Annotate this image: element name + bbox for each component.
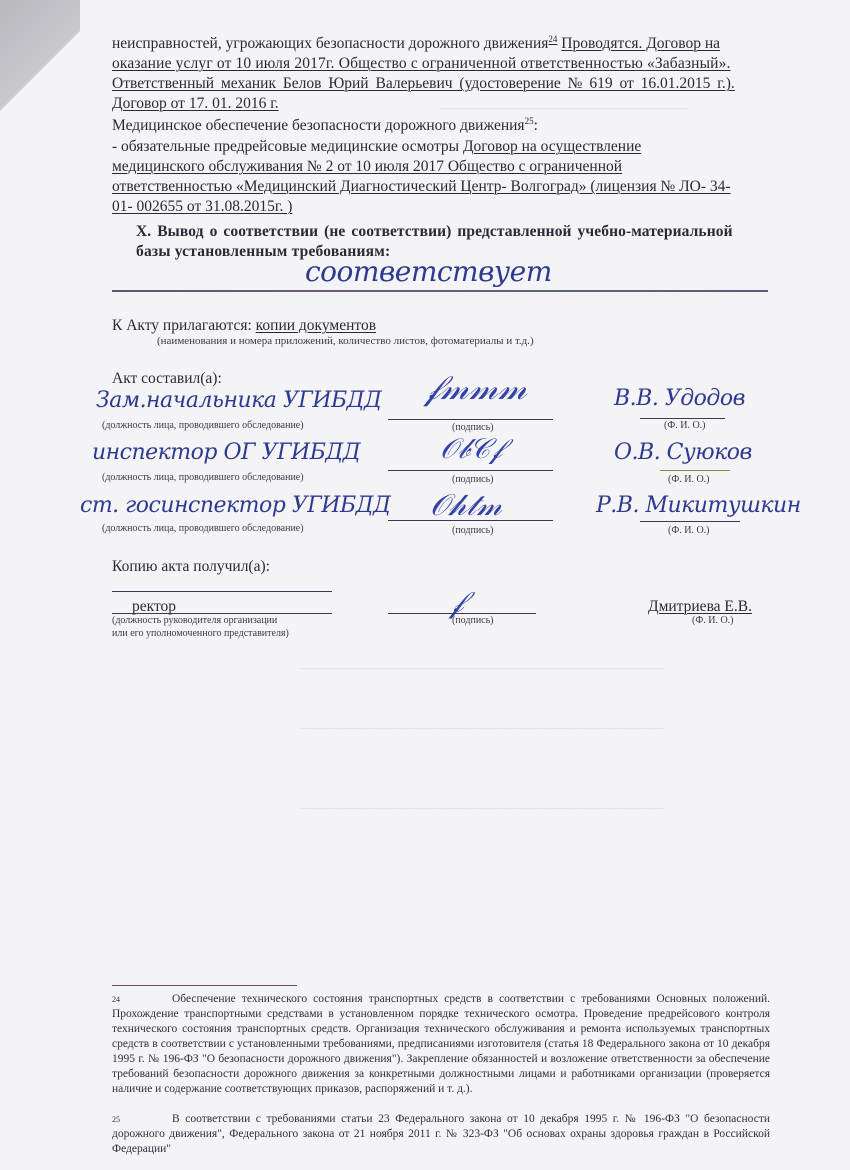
compiler-3-signature: 𝒪𝒽𝓉𝓂 [430, 488, 502, 523]
footnote-25-number: 25 [112, 1115, 120, 1124]
attachments-caption: (наименования и номера приложений, колич… [157, 335, 534, 347]
compiler-2-name: О.В. Суюков [614, 440, 752, 465]
compiler-1-name-caption: (Ф. И. О.) [664, 420, 706, 431]
attachments-line: К Акту прилагаются: копии документов [112, 316, 376, 336]
intro-text: неисправностей, угрожающих безопасности … [112, 35, 548, 52]
medical-item-underlined-1: Договор на осуществление [463, 138, 641, 155]
medical-item-underlined-2: медицинского обслуживания № 2 от 10 июля… [112, 157, 622, 177]
medical-item-underlined-3: ответственностью «Медицинский Диагностич… [112, 177, 731, 197]
copy-received-position-caption-2: или его уполномоченного представителя) [112, 628, 289, 639]
bleed-through-text: ———————————————————————————— [300, 800, 664, 816]
copy-received-position: ректор [132, 597, 176, 617]
footnote-24-number: 24 [112, 995, 120, 1004]
medical-item-underlined-4: 01- 002655 от 31.08.2015г. ) [112, 197, 292, 217]
intro-underlined-2: оказание услуг от 10 июля 2017г. Обществ… [112, 54, 774, 74]
footnote-ref-25: 25 [525, 116, 534, 126]
footnote-24: 24Обеспечение технического состояния тра… [112, 992, 770, 1097]
compiler-2-signature-line [388, 470, 553, 471]
compiler-3-name: Р.В. Микитушкин [596, 493, 801, 518]
handwritten-conclusion: соответствует [305, 255, 552, 288]
compiler-1-position: Зам.начальника УГИБДД [96, 388, 381, 413]
copy-received-signature-caption: (подпись) [452, 615, 494, 626]
compiler-1-name: В.В. Удодов [614, 386, 745, 411]
bleed-through-text: ———————————————————————————— [300, 720, 664, 736]
compiler-2-signature: 𝒪𝒷𝒞𝒻 [440, 432, 503, 466]
compiler-2-name-caption: (Ф. И. О.) [668, 474, 710, 485]
compiler-2-position-caption: (должность лица, проводившего обследован… [102, 472, 304, 483]
compiler-2-name-line [660, 470, 730, 471]
compiler-3-signature-line [388, 520, 553, 521]
compiler-3-signature-caption: (подпись) [452, 525, 494, 536]
intro-underlined-4: Договор от 17. 01. 2016 г. [112, 94, 279, 114]
intro-paragraph: неисправностей, угрожающих безопасности … [112, 34, 772, 54]
copy-received-position-caption-1: (должность руководителя организации [112, 615, 277, 626]
compiler-3-position: ст. госинспектор УГИБДД [80, 493, 390, 518]
medical-title: Медицинское обеспечение безопасности дор… [112, 116, 538, 136]
compiler-3-name-caption: (Ф. И. О.) [668, 525, 710, 536]
compiler-1-position-caption: (должность лица, проводившего обследован… [102, 420, 304, 431]
compiled-by-label: Акт составил(а): [112, 369, 222, 389]
footnote-25-text: В соответствии с требованиями статьи 23 … [112, 1113, 770, 1155]
medical-title-suffix: : [534, 117, 538, 134]
footnote-separator [112, 985, 297, 986]
intro-underlined-3: Ответственный механик Белов Юрий Валерье… [112, 74, 774, 94]
compiler-2-position: инспектор ОГ УГИБДД [92, 440, 360, 465]
footnote-24-text: Обеспечение технического состояния транс… [112, 993, 770, 1095]
copy-received-name-caption: (Ф. И. О.) [692, 615, 734, 626]
compiler-2-signature-caption: (подпись) [452, 474, 494, 485]
footnote-25: 25В соответствии с требованиями статьи 2… [112, 1112, 770, 1157]
medical-title-text: Медицинское обеспечение безопасности дор… [112, 117, 525, 134]
footnote-ref-24: 24 [548, 34, 557, 44]
copy-received-blank-line [112, 591, 332, 592]
conclusion-underline [112, 290, 768, 292]
medical-item-prefix: - обязательные предрейсовые медицинские … [112, 138, 459, 155]
copy-received-position-line [112, 613, 332, 614]
copy-received-signature-line [388, 613, 536, 614]
intro-underlined-1: Проводятся. Договор на [561, 35, 720, 52]
bleed-through-text: ——————————————————— [440, 100, 687, 116]
section-x-heading-line1: X. Вывод о соответствии (не соответствии… [136, 222, 772, 242]
compiler-3-position-caption: (должность лица, проводившего обследован… [102, 523, 304, 534]
attachments-value: копии документов [256, 317, 376, 334]
document-page: ——————————————————— ————————————————————… [0, 0, 850, 1170]
compiler-1-signature-line [388, 419, 553, 420]
compiler-1-signature: 𝒻𝓂𝓂𝓂 [425, 368, 527, 408]
copy-received-name: Дмитриева Е.В. [648, 597, 752, 617]
bleed-through-text: ———————————————————————————— [300, 660, 664, 676]
copy-received-label: Копию акта получил(а): [112, 557, 270, 577]
medical-item-line-1: - обязательные предрейсовые медицинские … [112, 137, 641, 157]
compiler-1-name-line [640, 418, 725, 419]
compiler-3-name-line [640, 521, 740, 522]
attachments-label: К Акту прилагаются: [112, 317, 252, 334]
